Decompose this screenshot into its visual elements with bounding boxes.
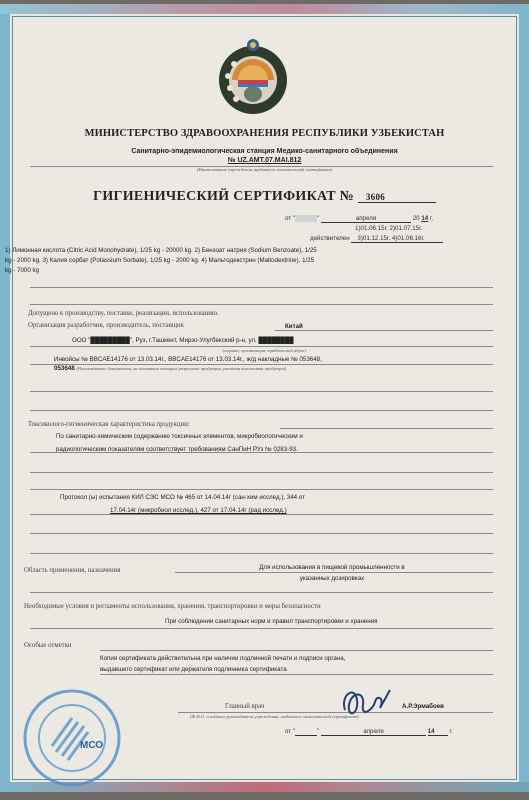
issuing-station: Санитарно-эпидемиологическая станция Мед… [0, 148, 529, 155]
validity-label: действителен [310, 235, 350, 242]
certificate-title: ГИГИЕНИЧЕСКИЙ СЕРТИФИКАТ № 3606 [0, 189, 529, 205]
product-line: kg - 7000 kg [5, 266, 317, 276]
sign-date: от " " апреля 14 г. [285, 728, 453, 736]
sign-year: 14 [428, 728, 448, 736]
rule [30, 452, 493, 453]
sign-date-suffix: г. [449, 728, 452, 735]
signature-icon [335, 680, 395, 725]
notes-line: Копия сертификата действительна при нали… [100, 653, 345, 664]
product-line: kg - 2000 kg. 3) Калия сорбат (Potassium… [5, 256, 317, 266]
scope-value: Для использования в пищевой промышленнос… [175, 562, 489, 584]
rule [30, 346, 493, 347]
rule [30, 472, 493, 473]
rule [280, 428, 493, 429]
invoices-cont-text: 053648 [54, 365, 75, 372]
signatory-name: А.Р.Эрмабоев [402, 703, 444, 710]
rule [30, 391, 493, 392]
scope-line: указанных дозировках [175, 573, 489, 584]
validity-line1: 1)01.06.15г. 2)01.07.15г. [355, 225, 422, 232]
rule [30, 553, 493, 554]
issue-year: 14 [421, 215, 428, 222]
organization-value: Китай [285, 323, 303, 330]
notes-label: Особые отметки [24, 642, 72, 649]
issue-month: апреля [321, 215, 411, 223]
official-stamp-icon: МСО [22, 688, 122, 788]
rule [30, 533, 493, 534]
station-id: № UZ.AMT.07.MAI.812 [0, 157, 529, 164]
conditions-value: При соблюдении санитарных норм и правил … [165, 618, 378, 625]
invoices-text: Инвойсы № BBCAE14176 от 13.03.14г., BBCA… [54, 356, 322, 363]
characteristics-line: радиологическим показателям соответствуе… [56, 443, 303, 456]
organization-label: Организация разработчик, производитель, … [28, 322, 184, 329]
rule [30, 628, 493, 629]
rule [275, 330, 493, 331]
certificate-number: 3606 [358, 192, 436, 203]
rule [30, 514, 493, 515]
rule [100, 674, 493, 675]
company: ООО "█████████", Руз, г.Ташкент, Мирзо-У… [72, 337, 294, 344]
date-suffix: г. [430, 215, 433, 222]
rule [100, 650, 493, 651]
issue-date: от " " апреля 20 14 г. [285, 215, 433, 223]
protocol-line: Протокол (ы) испытания КИЛ СЭС МСО № 465… [60, 491, 305, 504]
validity: действителен 3)01.12.15г. 4)01.06.16г. [310, 235, 443, 243]
conditions-label: Необходимые условия и регламенты использ… [24, 603, 321, 610]
rule [175, 572, 493, 573]
invoices-cont: 053648 (Наименование документов, на осно… [54, 365, 286, 372]
company-hint: (страна, организация, юридический адрес) [0, 348, 529, 353]
rule [30, 489, 493, 490]
signature-hint: (Ф.И.О. и подпись руководителя учреждени… [190, 714, 359, 719]
product-line: 1) Лимонная кислота (Citric Acid Monohyd… [5, 246, 317, 256]
admitted-text: Допущено к производству, поставке, реали… [28, 310, 219, 317]
invoices-hint: (Наименование документов, на основании к… [76, 366, 286, 371]
validity-line2: 3)01.12.15г. 4)01.06.16г. [351, 235, 442, 243]
notes-value: Копия сертификата действительна при нали… [100, 653, 345, 675]
rule [30, 592, 493, 593]
sign-date-prefix: от [285, 728, 291, 735]
rule [30, 410, 493, 411]
title-text: ГИГИЕНИЧЕСКИЙ СЕРТИФИКАТ № [93, 189, 354, 204]
characteristics-line: По санитарно-химическим содержанию токси… [56, 430, 303, 443]
protocol-line: 17.04.14г (микробиол исслед.), 427 от 17… [60, 504, 305, 517]
characteristics-label: Токсиколого-гигиеническая характеристика… [28, 421, 190, 428]
rule [30, 287, 493, 288]
signatory-role: Главный врач [225, 703, 264, 710]
stamp-text: МСО [80, 740, 103, 751]
rule [30, 304, 493, 305]
state-emblem-icon [212, 36, 294, 118]
sign-month: апреля [321, 728, 426, 736]
ministry-heading: МИНИСТЕРСТВО ЗДРАВООХРАНЕНИЯ РЕСПУБЛИКИ … [0, 128, 529, 139]
invoices: Инвойсы № BBCAE14176 от 13.03.14г., BBCA… [54, 356, 322, 363]
products-list: 1) Лимонная кислота (Citric Acid Monohyd… [5, 246, 317, 276]
date-prefix: от [285, 215, 291, 222]
year-prefix: 20 [413, 215, 420, 222]
station-hint: (Наименование учреждения, выдавшего гиги… [0, 167, 529, 172]
scope-label: Область применения, назначения [24, 567, 120, 574]
